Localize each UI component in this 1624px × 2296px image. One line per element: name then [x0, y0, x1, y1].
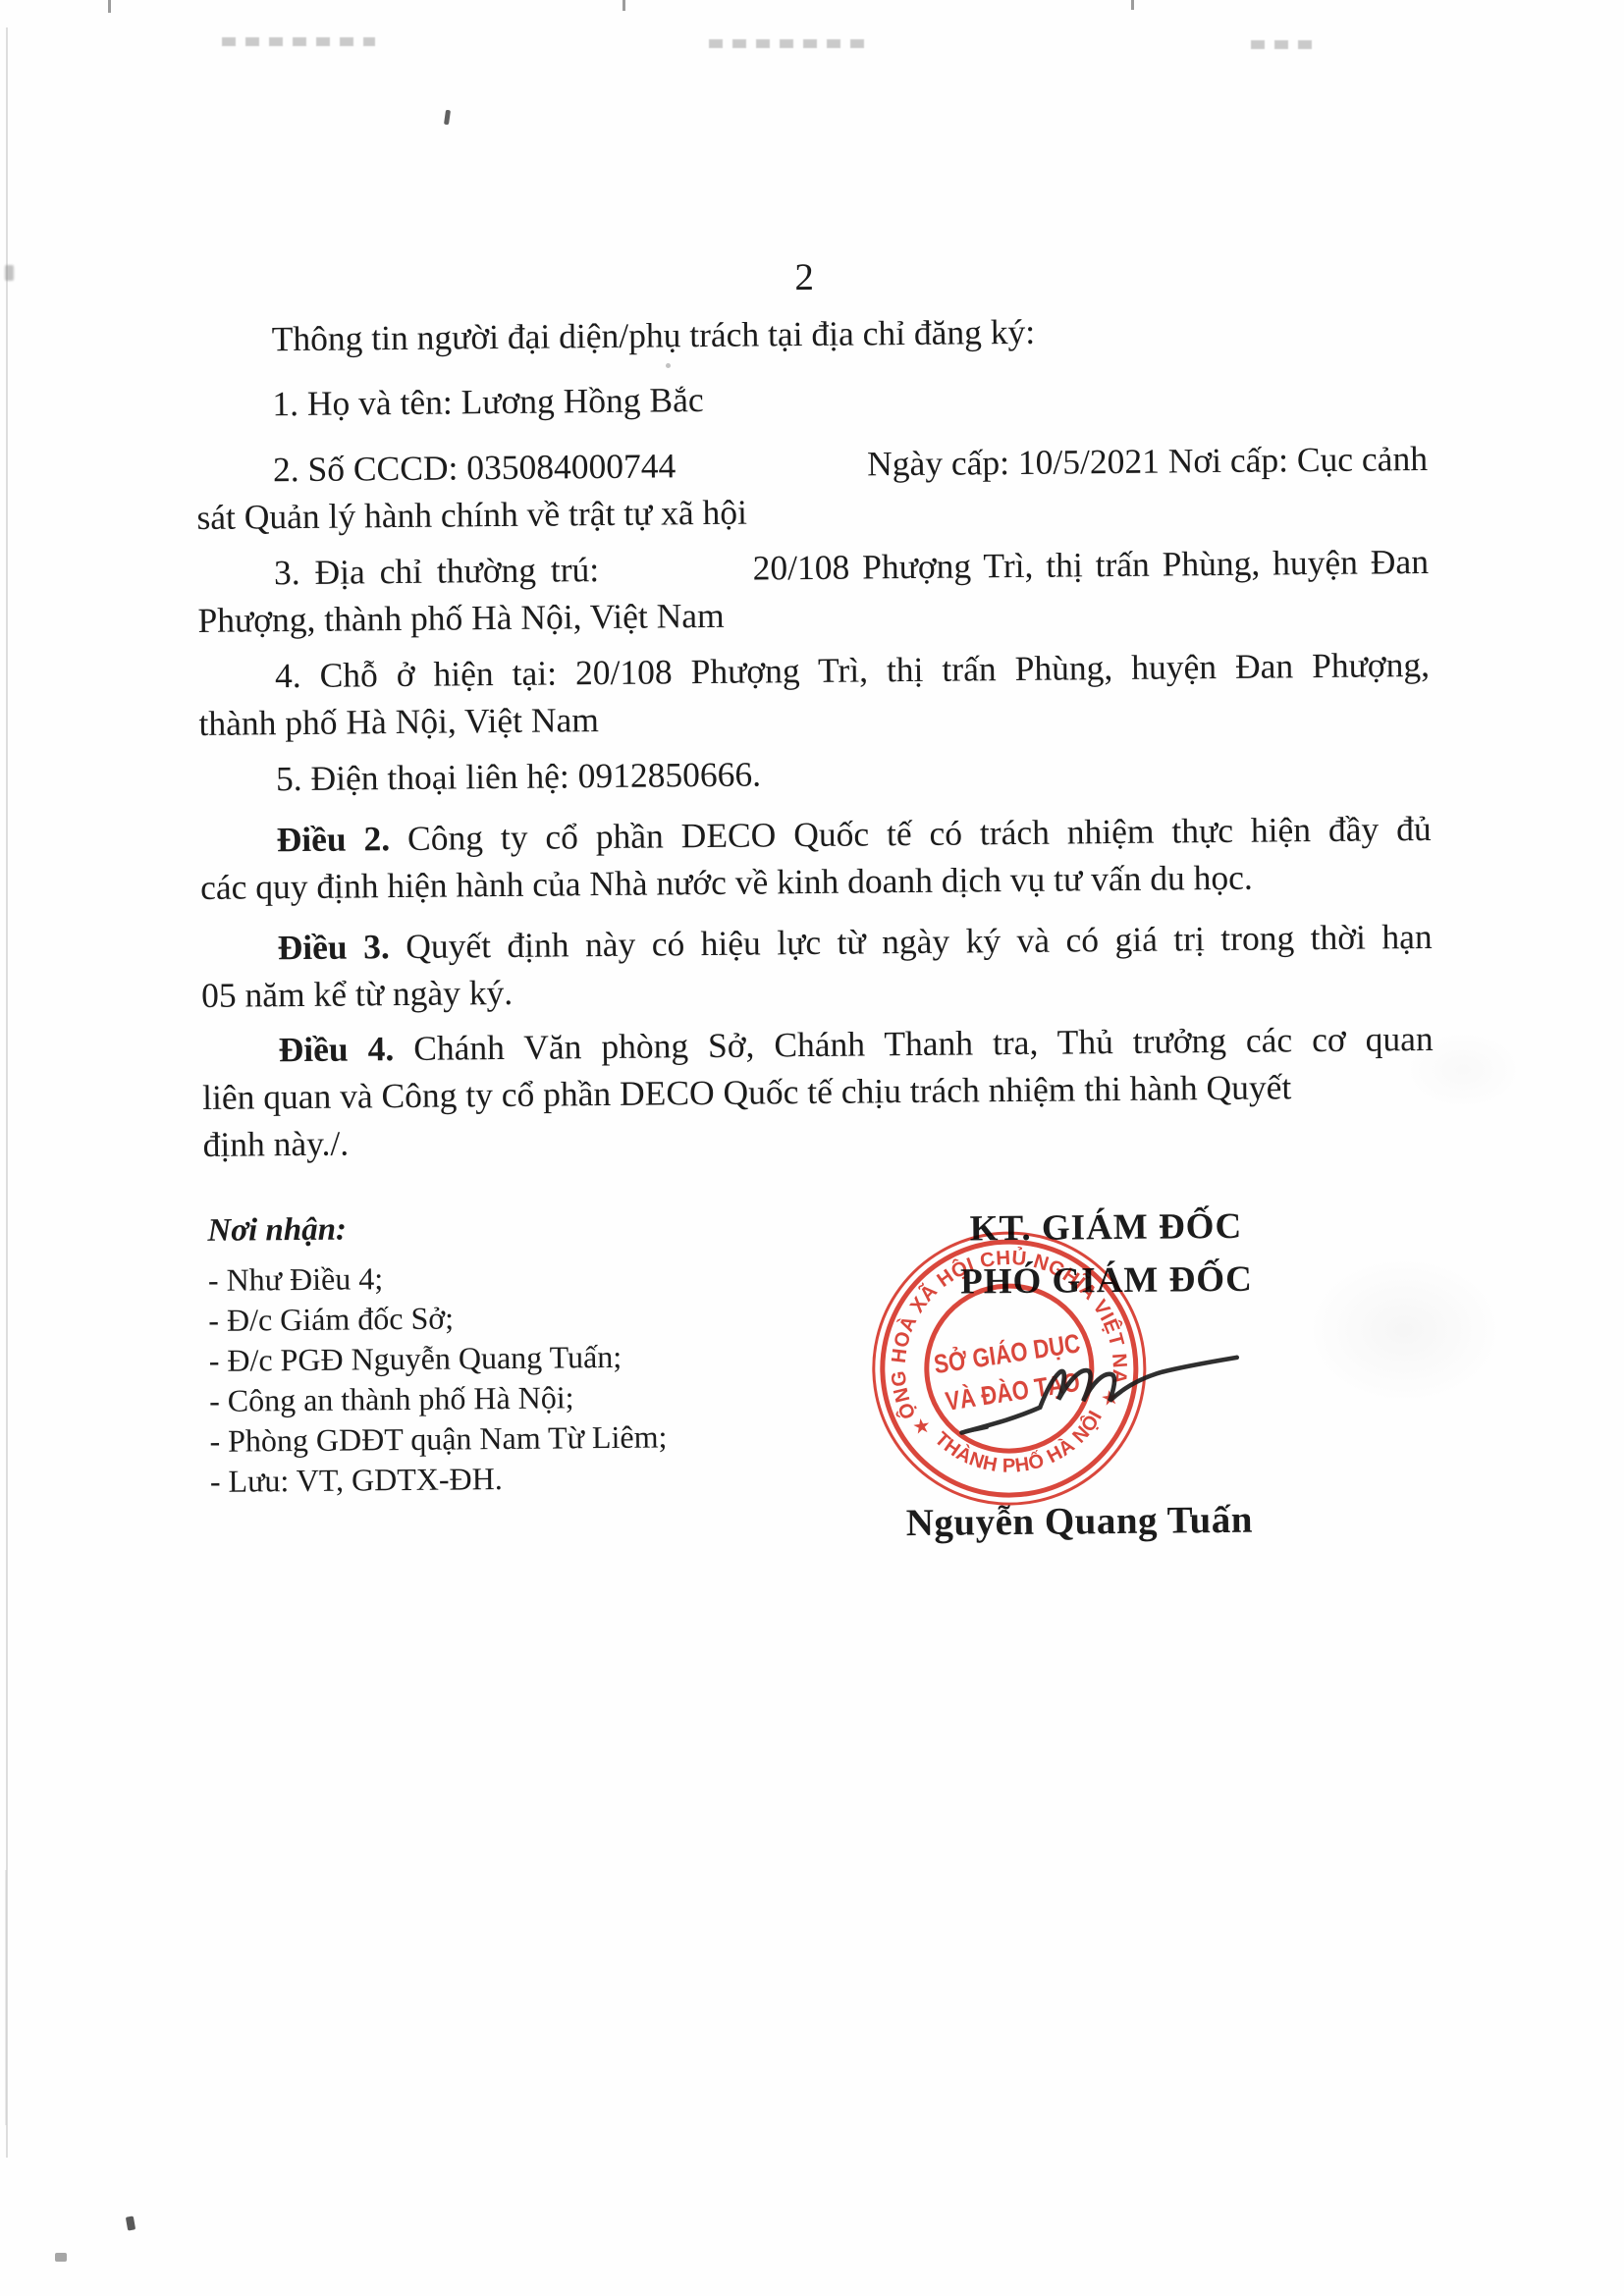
recipient-item: - Đ/c Giám đốc Sở; — [208, 1296, 666, 1340]
document-body: Thông tin người đại diện/phụ trách tại đ… — [195, 304, 1435, 1168]
recipient-item: - Công an thành phố Hà Nội; — [209, 1376, 667, 1420]
scanned-document-page: 2 Thông tin người đại diện/phụ trách tại… — [0, 0, 1624, 2296]
doc-line-segment: 2. Số CCCD: 035084000744 — [273, 442, 677, 493]
recipient-item: - Phòng GDĐT quận Nam Từ Liêm; — [209, 1416, 667, 1461]
handwritten-signature — [876, 1326, 1250, 1453]
doc-line-segment: Ngày cấp: 10/5/2021 Nơi cấp: Cục cảnh — [867, 435, 1428, 487]
article-label: Điều 3. — [277, 927, 389, 967]
document-content: 2 Thông tin người đại diện/phụ trách tại… — [0, 0, 1624, 2296]
page-number: 2 — [0, 247, 1616, 307]
doc-line-segment: Chánh Văn phòng Sở, Chánh Thanh tra, Thủ… — [413, 1019, 1434, 1068]
recipients-heading: Nơi nhận: — [207, 1206, 665, 1251]
article-label: Điều 2. — [276, 819, 390, 859]
doc-line: 1. Họ và tên: Lương Hồng Bắc — [195, 369, 1427, 428]
recipient-item: - Lưu: VT, GDTX-ĐH. — [210, 1457, 668, 1501]
article-label: Điều 4. — [278, 1029, 394, 1069]
recipient-item: - Đ/c PGĐ Nguyễn Quang Tuấn; — [209, 1336, 667, 1380]
doc-line-segment: Quyết định này có hiệu lực từ ngày ký và… — [406, 917, 1433, 966]
doc-line-segment: Công ty cổ phần DECO Quốc tế có trách nh… — [407, 809, 1432, 858]
recipients-block: Nơi nhận: - Như Điều 4; - Đ/c Giám đốc S… — [207, 1206, 668, 1501]
doc-line: Thông tin người đại diện/phụ trách tại đ… — [195, 304, 1427, 363]
recipient-item: - Như Điều 4; — [208, 1255, 666, 1300]
doc-line-segment: 20/108 Phượng Trì, thị trấn Phùng, huyện… — [752, 538, 1429, 592]
doc-line: 5. Điện thoại liên hệ: 0912850666. — [199, 744, 1431, 803]
doc-line-segment: 3. Địa chỉ thường trú: — [274, 546, 600, 596]
signer-name: Nguyễn Quang Tuấn — [868, 1497, 1290, 1545]
scan-edge-line — [5, 1870, 7, 2125]
